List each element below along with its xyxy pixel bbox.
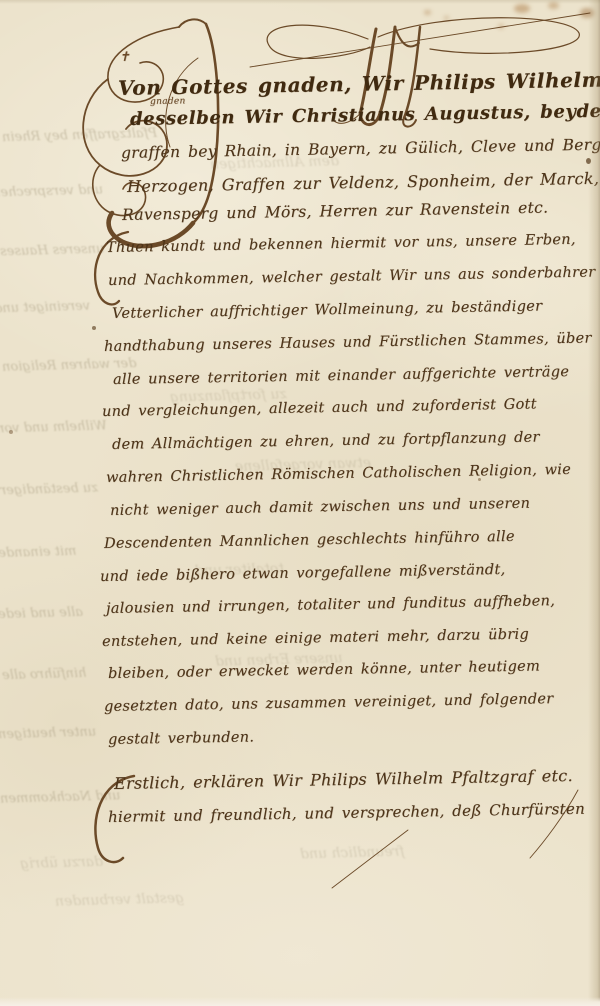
manuscript-line: hiermit und freundlich, und versprechen,… [108,800,585,826]
manuscript-line: und Nachkommen, welcher gestalt Wir uns … [108,264,596,289]
manuscript-line: gesetzten dato, uns zusammen vereiniget,… [104,691,554,715]
insertion-word: gnaden [150,96,186,107]
manuscript-line: wahren Christlichen Römischen Catholisch… [106,462,571,486]
page-top-edge [0,0,600,4]
manuscript-page: Pfaltzgraffen bey Rhein und versprechen … [0,0,600,1006]
manuscript-line: jalousien und irrungen, totaliter und fu… [106,593,555,617]
page-bottom-edge [0,997,600,1006]
ghost-text: Wilhelm und von [0,418,107,436]
manuscript-line: handthabung unseres Hauses und Fürstlich… [104,330,592,355]
manuscript-line: Descendenten Mannlichen geschlechts hinf… [104,529,515,552]
ghost-text: vereiniget und [0,299,90,317]
manuscript-line: nicht weniger auch damit zwischen uns un… [110,496,530,519]
manuscript-line: gestalt verbunden. [108,729,254,748]
hairline-descender [330,828,410,890]
manuscript-line: Vetterlicher auffrichtiger Wollmeinung, … [112,298,543,322]
manuscript-line: dem Allmächtigen zu ehren, und zu fortpf… [112,430,540,453]
hairline-descender [528,788,580,860]
ghost-text: mit einander [0,544,77,561]
ghost-text: hinführo alle [2,666,87,683]
page-edge-shadow [588,0,600,1006]
manuscript-line: und vergleichungen, allezeit auch und zu… [102,396,537,420]
manuscript-line: Erstlich, erklären Wir Philips Wilhelm P… [114,766,573,793]
manuscript-line: und iede bißhero etwan vorgefallene mißv… [100,562,506,585]
invocation-cross-mark: ✝ [119,50,130,65]
manuscript-line: bleiben, oder erwecket werden könne, unt… [108,658,540,682]
ghost-text: zu beständiger [0,481,98,499]
ghost-text: unter heutigem [0,725,96,743]
ghost-text: alle und iede [0,605,83,622]
ink-speck [92,326,96,330]
manuscript-line: alle unsere territorien mit einander auf… [113,364,569,388]
ghost-text: gestalt verbunden [55,890,185,910]
ink-speck [9,430,13,434]
manuscript-line: entstehen, und keine einige materi mehr,… [102,627,529,650]
